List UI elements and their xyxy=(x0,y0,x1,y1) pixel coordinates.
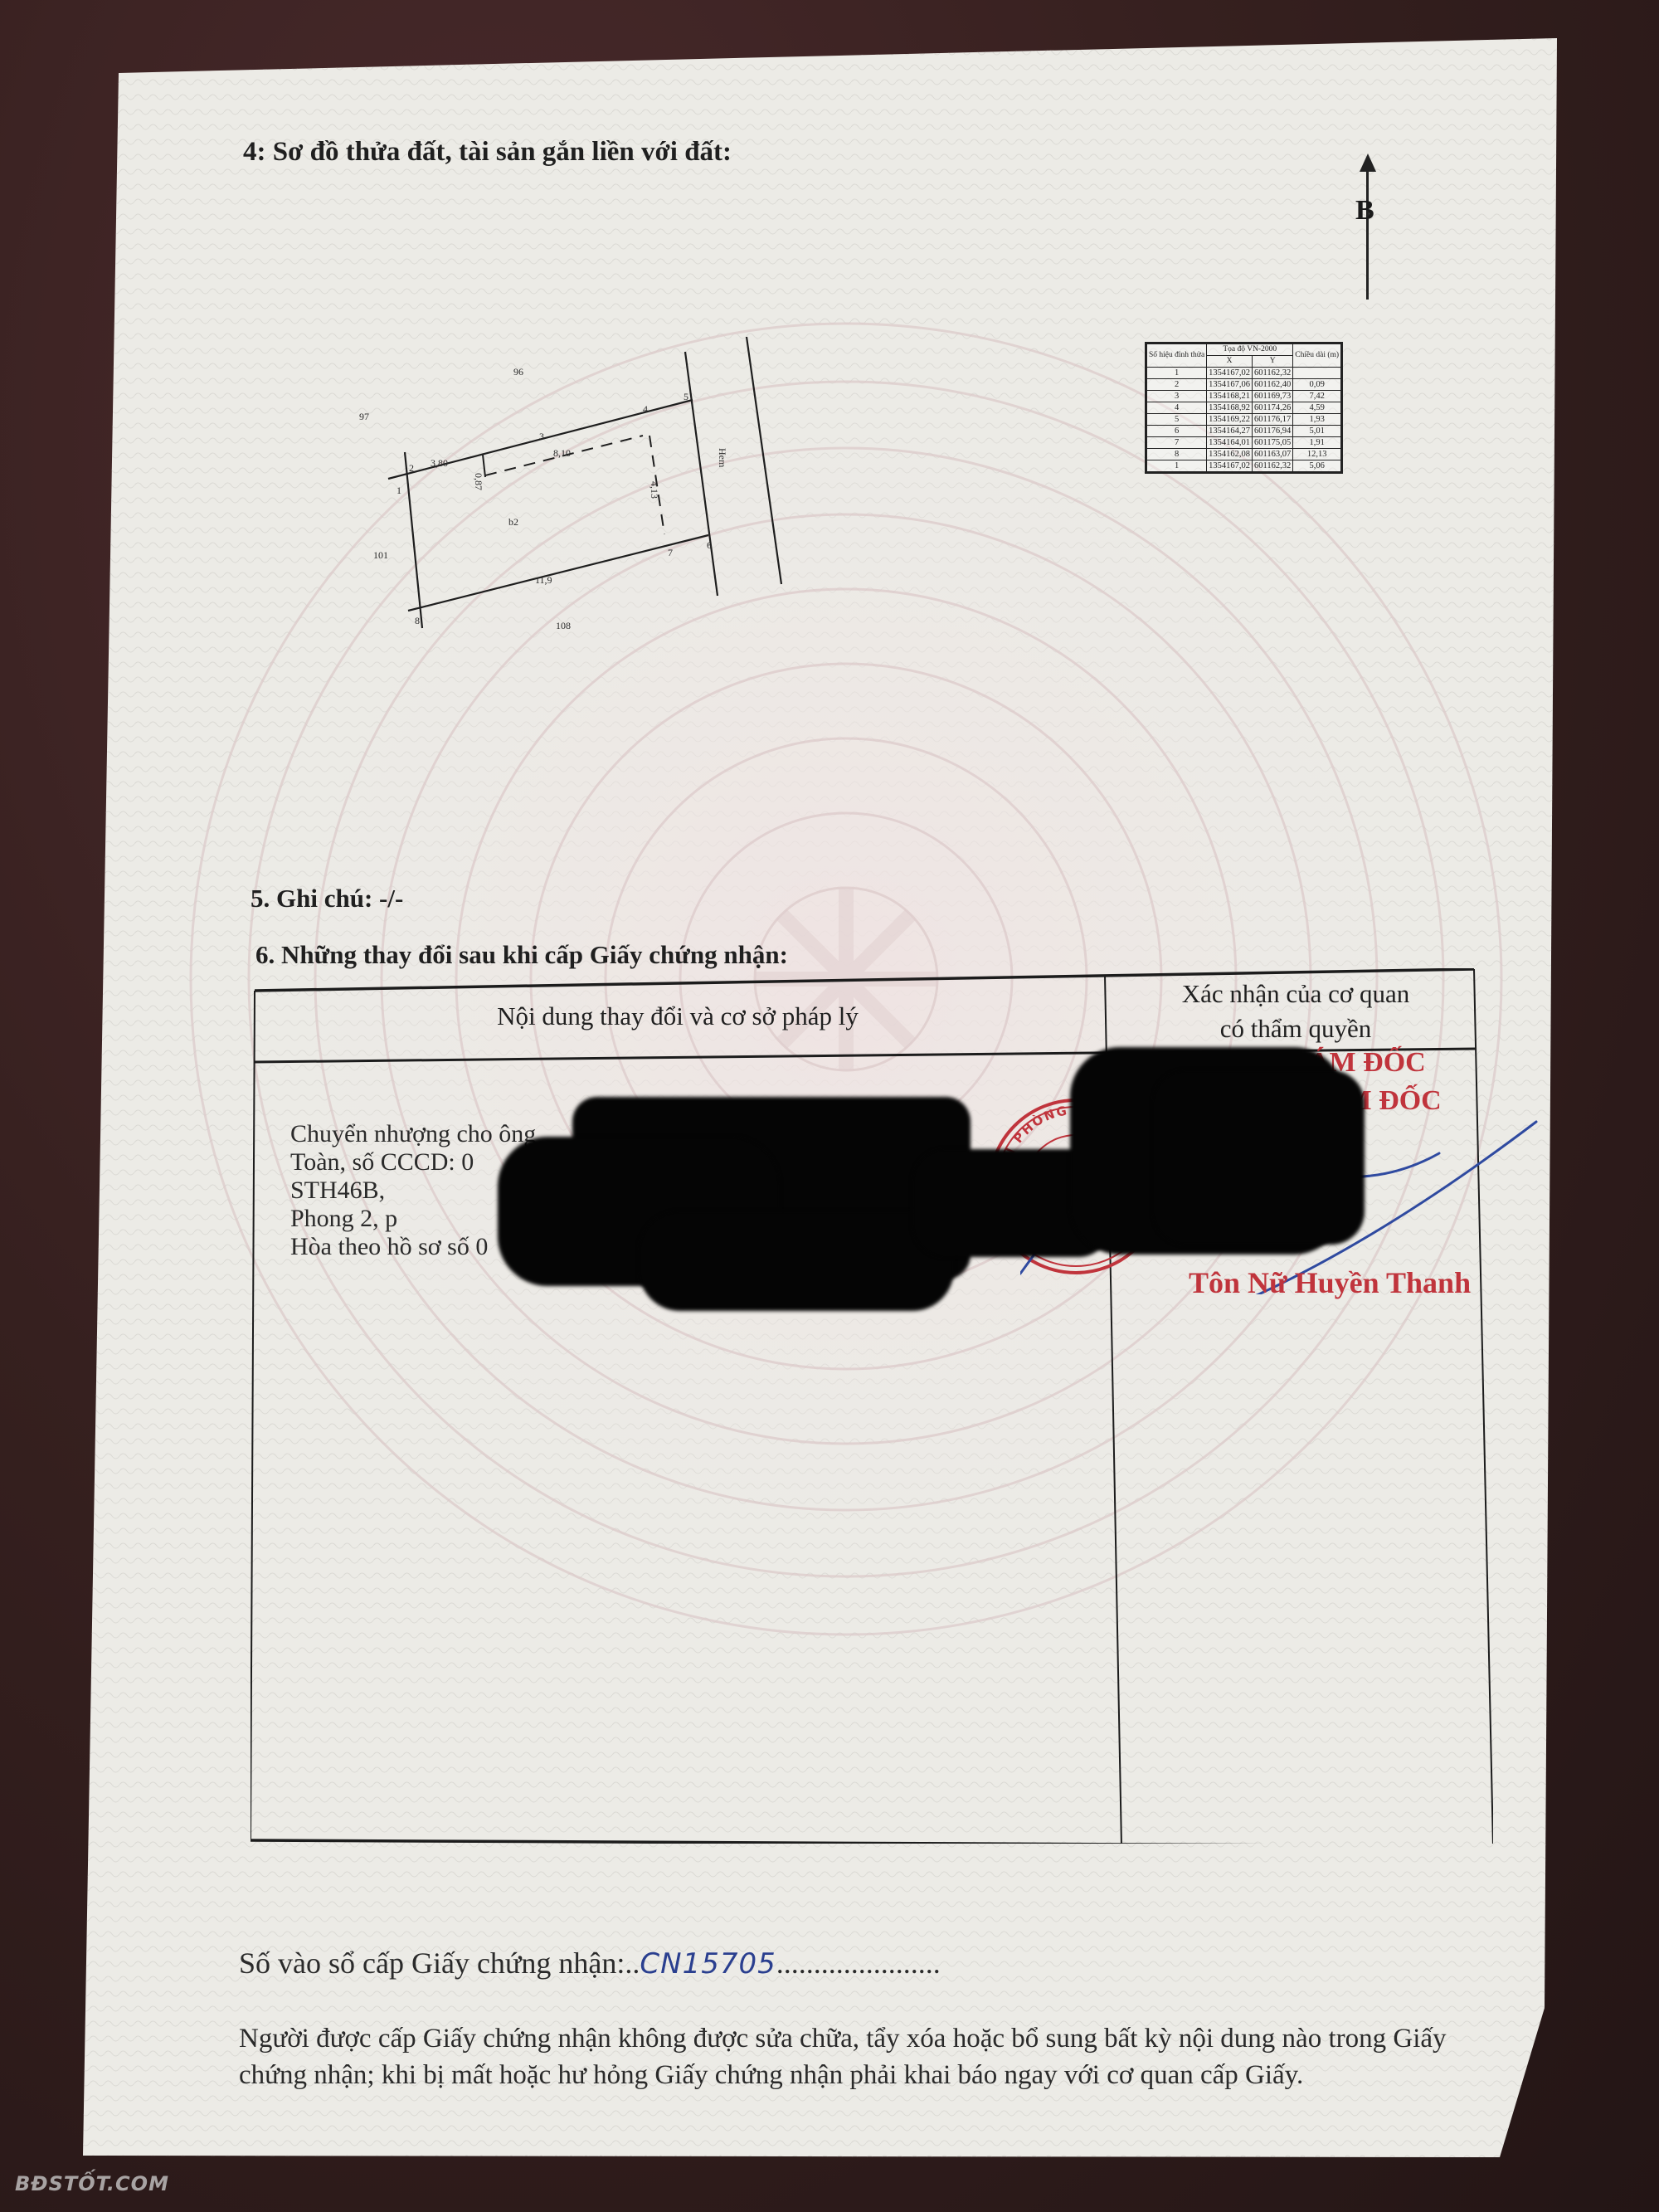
coord-cell-vertex: 8 xyxy=(1146,449,1207,460)
neighbor-96: 96 xyxy=(513,366,523,378)
vertex-1: 1 xyxy=(397,485,401,496)
redaction-block xyxy=(1153,1070,1365,1245)
neighbor-101: 101 xyxy=(373,549,388,561)
coord-cell-x: 1354167,02 xyxy=(1207,368,1253,379)
vertex-7: 7 xyxy=(668,547,673,558)
registry-number-line: Số vào sổ cấp Giấy chứng nhận:..CN15705.… xyxy=(239,1946,941,1981)
coord-cell-x: 1354167,02 xyxy=(1207,460,1253,473)
coord-cell-length: 5,01 xyxy=(1293,426,1342,437)
coordinate-row: 71354164,01601175,051,91 xyxy=(1146,437,1342,449)
entry-line: Chuyển nhượng cho ông xyxy=(290,1120,536,1148)
coord-cell-x: 1354164,27 xyxy=(1207,426,1253,437)
vertex-2: 2 xyxy=(409,462,414,474)
coordinate-table: Số hiệu đỉnh thửa Tọa độ VN-2000 Chiều d… xyxy=(1145,342,1343,474)
header-content-and-legal-basis: Nội dung thay đổi và cơ sở pháp lý xyxy=(251,1001,1105,1031)
dim-087: 0,87 xyxy=(473,473,484,490)
coord-cell-length: 7,42 xyxy=(1293,391,1342,402)
plot-diagram: 96 97 101 108 b2 3,80 8,10 11,9 0,87 4,1… xyxy=(348,332,929,655)
col-y-header: Y xyxy=(1253,356,1293,368)
coordinate-row: 11354167,02601162,325,06 xyxy=(1146,460,1342,473)
certificate-page: 4: Sơ đồ thửa đất, tài sản gắn liền với … xyxy=(0,0,1659,2212)
coord-cell-x: 1354162,08 xyxy=(1207,449,1253,460)
vertex-4: 4 xyxy=(643,403,648,415)
coord-cell-length: 5,06 xyxy=(1293,460,1342,473)
coord-cell-y: 601174,26 xyxy=(1253,402,1293,414)
coord-cell-vertex: 2 xyxy=(1146,379,1207,391)
header-authority-confirmation: Xác nhận của cơ quan có thẩm quyền xyxy=(1113,977,1478,1046)
coord-cell-length: 4,59 xyxy=(1293,402,1342,414)
registry-label: Số vào sổ cấp Giấy chứng nhận:.. xyxy=(239,1946,640,1980)
col-vertex-header: Số hiệu đỉnh thửa xyxy=(1146,343,1207,368)
dim-413: 4,13 xyxy=(649,481,660,499)
registry-number: CN15705 xyxy=(640,1947,776,1981)
dim-380: 3,80 xyxy=(431,457,448,469)
registry-dots: ...................... xyxy=(776,1946,941,1980)
arrow-up-icon xyxy=(1360,153,1376,172)
coordinate-row: 61354164,27601176,945,01 xyxy=(1146,426,1342,437)
section-5-title: 5. Ghi chú: -/- xyxy=(251,884,403,914)
coord-cell-x: 1354167,06 xyxy=(1207,379,1253,391)
neighbor-108: 108 xyxy=(556,620,571,631)
section-4-title: 4: Sơ đồ thửa đất, tài sản gắn liền với … xyxy=(243,137,732,168)
coord-cell-x: 1354168,92 xyxy=(1207,402,1253,414)
vertex-8: 8 xyxy=(415,615,420,626)
coord-cell-y: 601176,17 xyxy=(1253,414,1293,426)
coord-cell-x: 1354169,22 xyxy=(1207,414,1253,426)
col-x-header: X xyxy=(1207,356,1253,368)
coord-cell-vertex: 3 xyxy=(1146,391,1207,402)
north-label: B xyxy=(1355,195,1374,227)
vertex-5: 5 xyxy=(684,391,688,402)
signer-name: Tôn Nữ Huyền Thanh xyxy=(1189,1265,1471,1300)
dim-810: 8,10 xyxy=(553,447,571,459)
vertex-6: 6 xyxy=(707,539,712,551)
coord-cell-vertex: 5 xyxy=(1146,414,1207,426)
coordinate-row: 51354169,22601176,171,93 xyxy=(1146,414,1342,426)
coord-cell-vertex: 7 xyxy=(1146,437,1207,449)
coord-cell-length: 12,13 xyxy=(1293,449,1342,460)
coord-cell-vertex: 1 xyxy=(1146,460,1207,473)
vertex-3: 3 xyxy=(539,431,544,442)
col-coord-header: Tọa độ VN-2000 xyxy=(1207,343,1293,356)
col-length-header: Chiều dài (m) xyxy=(1293,343,1342,368)
coord-cell-y: 601162,32 xyxy=(1253,368,1293,379)
coord-cell-vertex: 6 xyxy=(1146,426,1207,437)
dim-119: 11,9 xyxy=(535,574,552,586)
coord-cell-length: 1,91 xyxy=(1293,437,1342,449)
parcel-label: b2 xyxy=(508,516,518,528)
coordinate-row: 81354162,08601163,0712,13 xyxy=(1146,449,1342,460)
coord-cell-y: 601176,94 xyxy=(1253,426,1293,437)
warning-notice: Người được cấp Giấy chứng nhận không đượ… xyxy=(239,2020,1508,2093)
coord-cell-length: 0,09 xyxy=(1293,379,1342,391)
road-label: Hem xyxy=(717,448,728,468)
coord-cell-length: 1,93 xyxy=(1293,414,1342,426)
coord-cell-vertex: 4 xyxy=(1146,402,1207,414)
neighbor-97: 97 xyxy=(359,411,369,422)
section-6-title: 6. Những thay đổi sau khi cấp Giấy chứng… xyxy=(255,940,788,970)
north-arrow-line xyxy=(1366,165,1369,300)
coordinate-row: 11354167,02601162,32 xyxy=(1146,368,1342,379)
coord-cell-x: 1354168,21 xyxy=(1207,391,1253,402)
redaction-block xyxy=(639,1211,954,1311)
coord-cell-y: 601175,05 xyxy=(1253,437,1293,449)
coord-cell-y: 601163,07 xyxy=(1253,449,1293,460)
coord-cell-y: 601169,73 xyxy=(1253,391,1293,402)
coordinate-row: 31354168,21601169,737,42 xyxy=(1146,391,1342,402)
coordinate-row: 21354167,06601162,400,09 xyxy=(1146,379,1342,391)
coordinate-row: 41354168,92601174,264,59 xyxy=(1146,402,1342,414)
coord-cell-y: 601162,40 xyxy=(1253,379,1293,391)
north-arrow: B xyxy=(1348,153,1389,303)
coord-cell-length xyxy=(1293,368,1342,379)
coord-cell-y: 601162,32 xyxy=(1253,460,1293,473)
watermark: BĐSTỐT.COM xyxy=(15,2172,169,2195)
coord-cell-vertex: 1 xyxy=(1146,368,1207,379)
coord-cell-x: 1354164,01 xyxy=(1207,437,1253,449)
